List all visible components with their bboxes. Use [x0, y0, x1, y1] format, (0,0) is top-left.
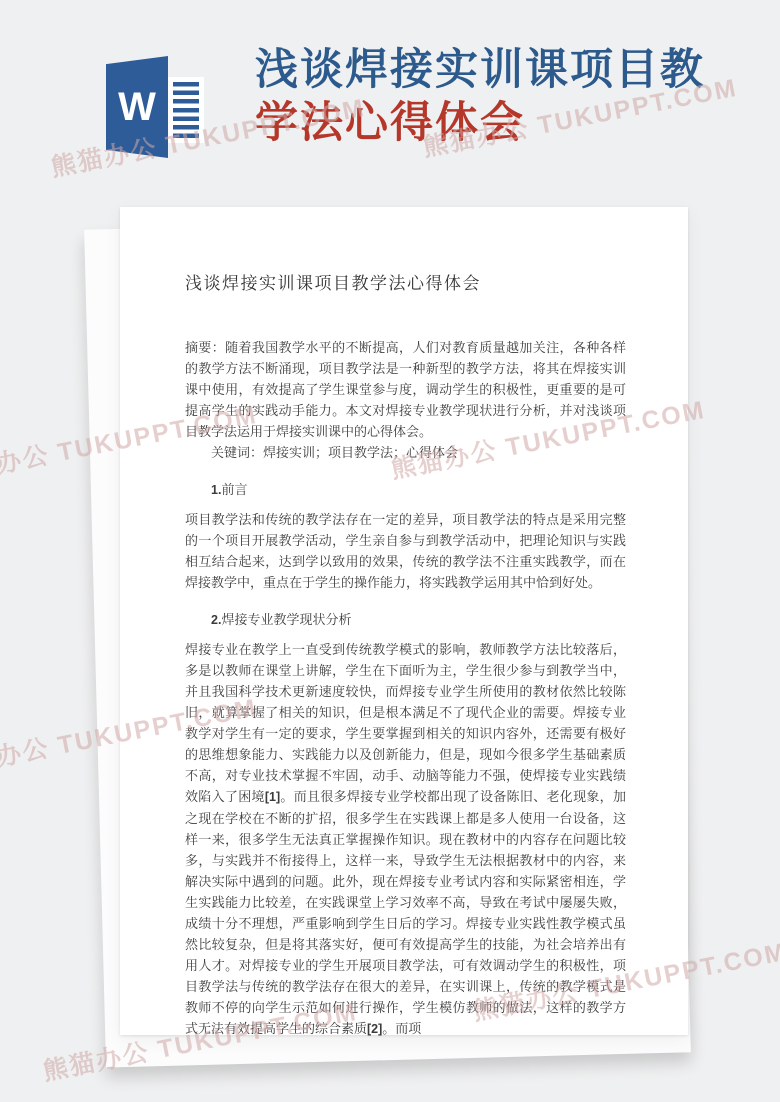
doc-paragraph: 焊接专业在教学上一直受到传统教学模式的影响，教师教学方法比较落后，多是以教师在课… [185, 639, 626, 1040]
word-document-icon: W [106, 56, 204, 158]
doc-heading: 2.焊接专业教学现状分析 [185, 609, 626, 631]
word-icon-letter: W [118, 87, 156, 127]
document-body: 摘要：随着我国教学水平的不断提高，人们对教育质量越加关注，各种各样的教学方法不断… [185, 337, 626, 1040]
page-title-line2-highlighted: 学法心得体会 [255, 97, 735, 150]
page-title: 浅谈焊接实训课项目教 学法心得体会 [255, 44, 735, 150]
doc-paragraph: 关键词：焊接实训；项目教学法；心得体会 [185, 442, 626, 463]
doc-heading: 1.前言 [185, 479, 626, 501]
word-icon-sheet [168, 77, 204, 143]
doc-paragraph: 项目教学法和传统的教学法存在一定的差异，项目教学法的特点是采用完整的一个项目开展… [185, 509, 626, 593]
word-icon-text-lines [173, 82, 199, 138]
document-page: 浅谈焊接实训课项目教学法心得体会 摘要：随着我国教学水平的不断提高，人们对教育质… [120, 207, 688, 1035]
document-preview-page: { "header": { "icon": "word-document-ico… [0, 0, 780, 1102]
doc-paragraph: 摘要：随着我国教学水平的不断提高，人们对教育质量越加关注，各种各样的教学方法不断… [185, 337, 626, 442]
word-icon-cover: W [106, 56, 168, 158]
document-title: 浅谈焊接实训课项目教学法心得体会 [185, 273, 626, 295]
page-title-line1: 浅谈焊接实训课项目教 [255, 44, 735, 97]
document-content: 浅谈焊接实训课项目教学法心得体会 摘要：随着我国教学水平的不断提高，人们对教育质… [120, 207, 688, 1035]
